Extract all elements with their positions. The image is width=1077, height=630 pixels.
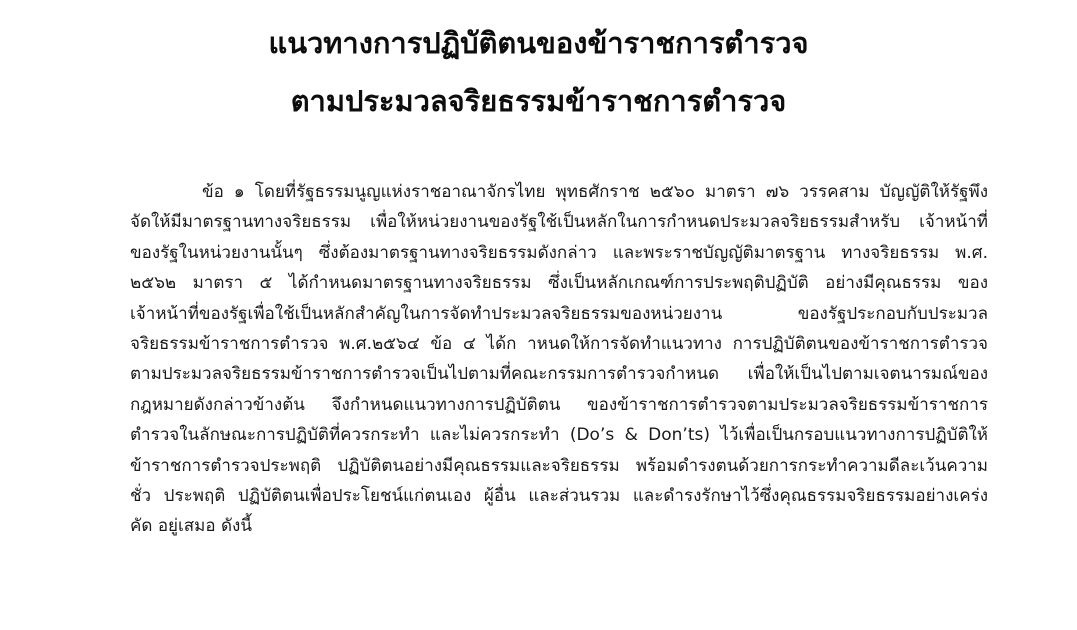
paragraph-line: ข้าราชการตำรวจประพฤติ ปฏิบัติตนอย่างมีคุ… — [130, 451, 988, 481]
title-line-1: แนวทางการปฏิบัติตนของข้าราชการตำรวจ — [0, 14, 1077, 72]
paragraph-line: จัดให้มีมาตรฐานทางจริยธรรม เพื่อให้หน่วย… — [130, 207, 988, 237]
intro-paragraph: ข้อ ๑ โดยที่รัฐธรรมนูญแห่งราชอาณาจักรไทย… — [130, 177, 988, 542]
paragraph-line: กฎหมายดังกล่าวข้างต้น จึงกำหนดแนวทางการป… — [130, 390, 988, 420]
paragraph-line: ข้อ ๑ โดยที่รัฐธรรมนูญแห่งราชอาณาจักรไทย… — [130, 177, 988, 207]
paragraph-line: ชั่ว ประพฤติ ปฏิบัติตนเพื่อประโยชน์แก่ตน… — [130, 481, 988, 511]
paragraph-line: คัด อยู่เสมอ ดังนี้ — [130, 511, 988, 541]
paragraph-line: จริยธรรมข้าราชการตำรวจ พ.ศ.๒๕๖๔ ข้อ ๔ ได… — [130, 329, 988, 359]
paragraph-line: ของรัฐในหน่วยงานนั้นๆ ซึ่งต้องมาตรฐานทาง… — [130, 238, 988, 268]
paragraph-line: ตำรวจในลักษณะการปฏิบัติที่ควรกระทำ และไม… — [130, 420, 988, 450]
paragraph-line: ตามประมวลจริยธรรมข้าราชการตำรวจเป็นไปตาม… — [130, 359, 988, 389]
paragraph-line: ๒๕๖๒ มาตรา ๕ ได้กำหนดมาตรฐานทางจริยธรรม … — [130, 268, 988, 298]
title-line-2: ตามประมวลจริยธรรมข้าราชการตำรวจ — [0, 72, 1077, 130]
document-page: แนวทางการปฏิบัติตนของข้าราชการตำรวจ ตามป… — [0, 0, 1077, 630]
paragraph-line: เจ้าหน้าที่ของรัฐเพื่อใช้เป็นหลักสำคัญใน… — [130, 299, 988, 329]
document-title: แนวทางการปฏิบัติตนของข้าราชการตำรวจ ตามป… — [0, 14, 1077, 130]
